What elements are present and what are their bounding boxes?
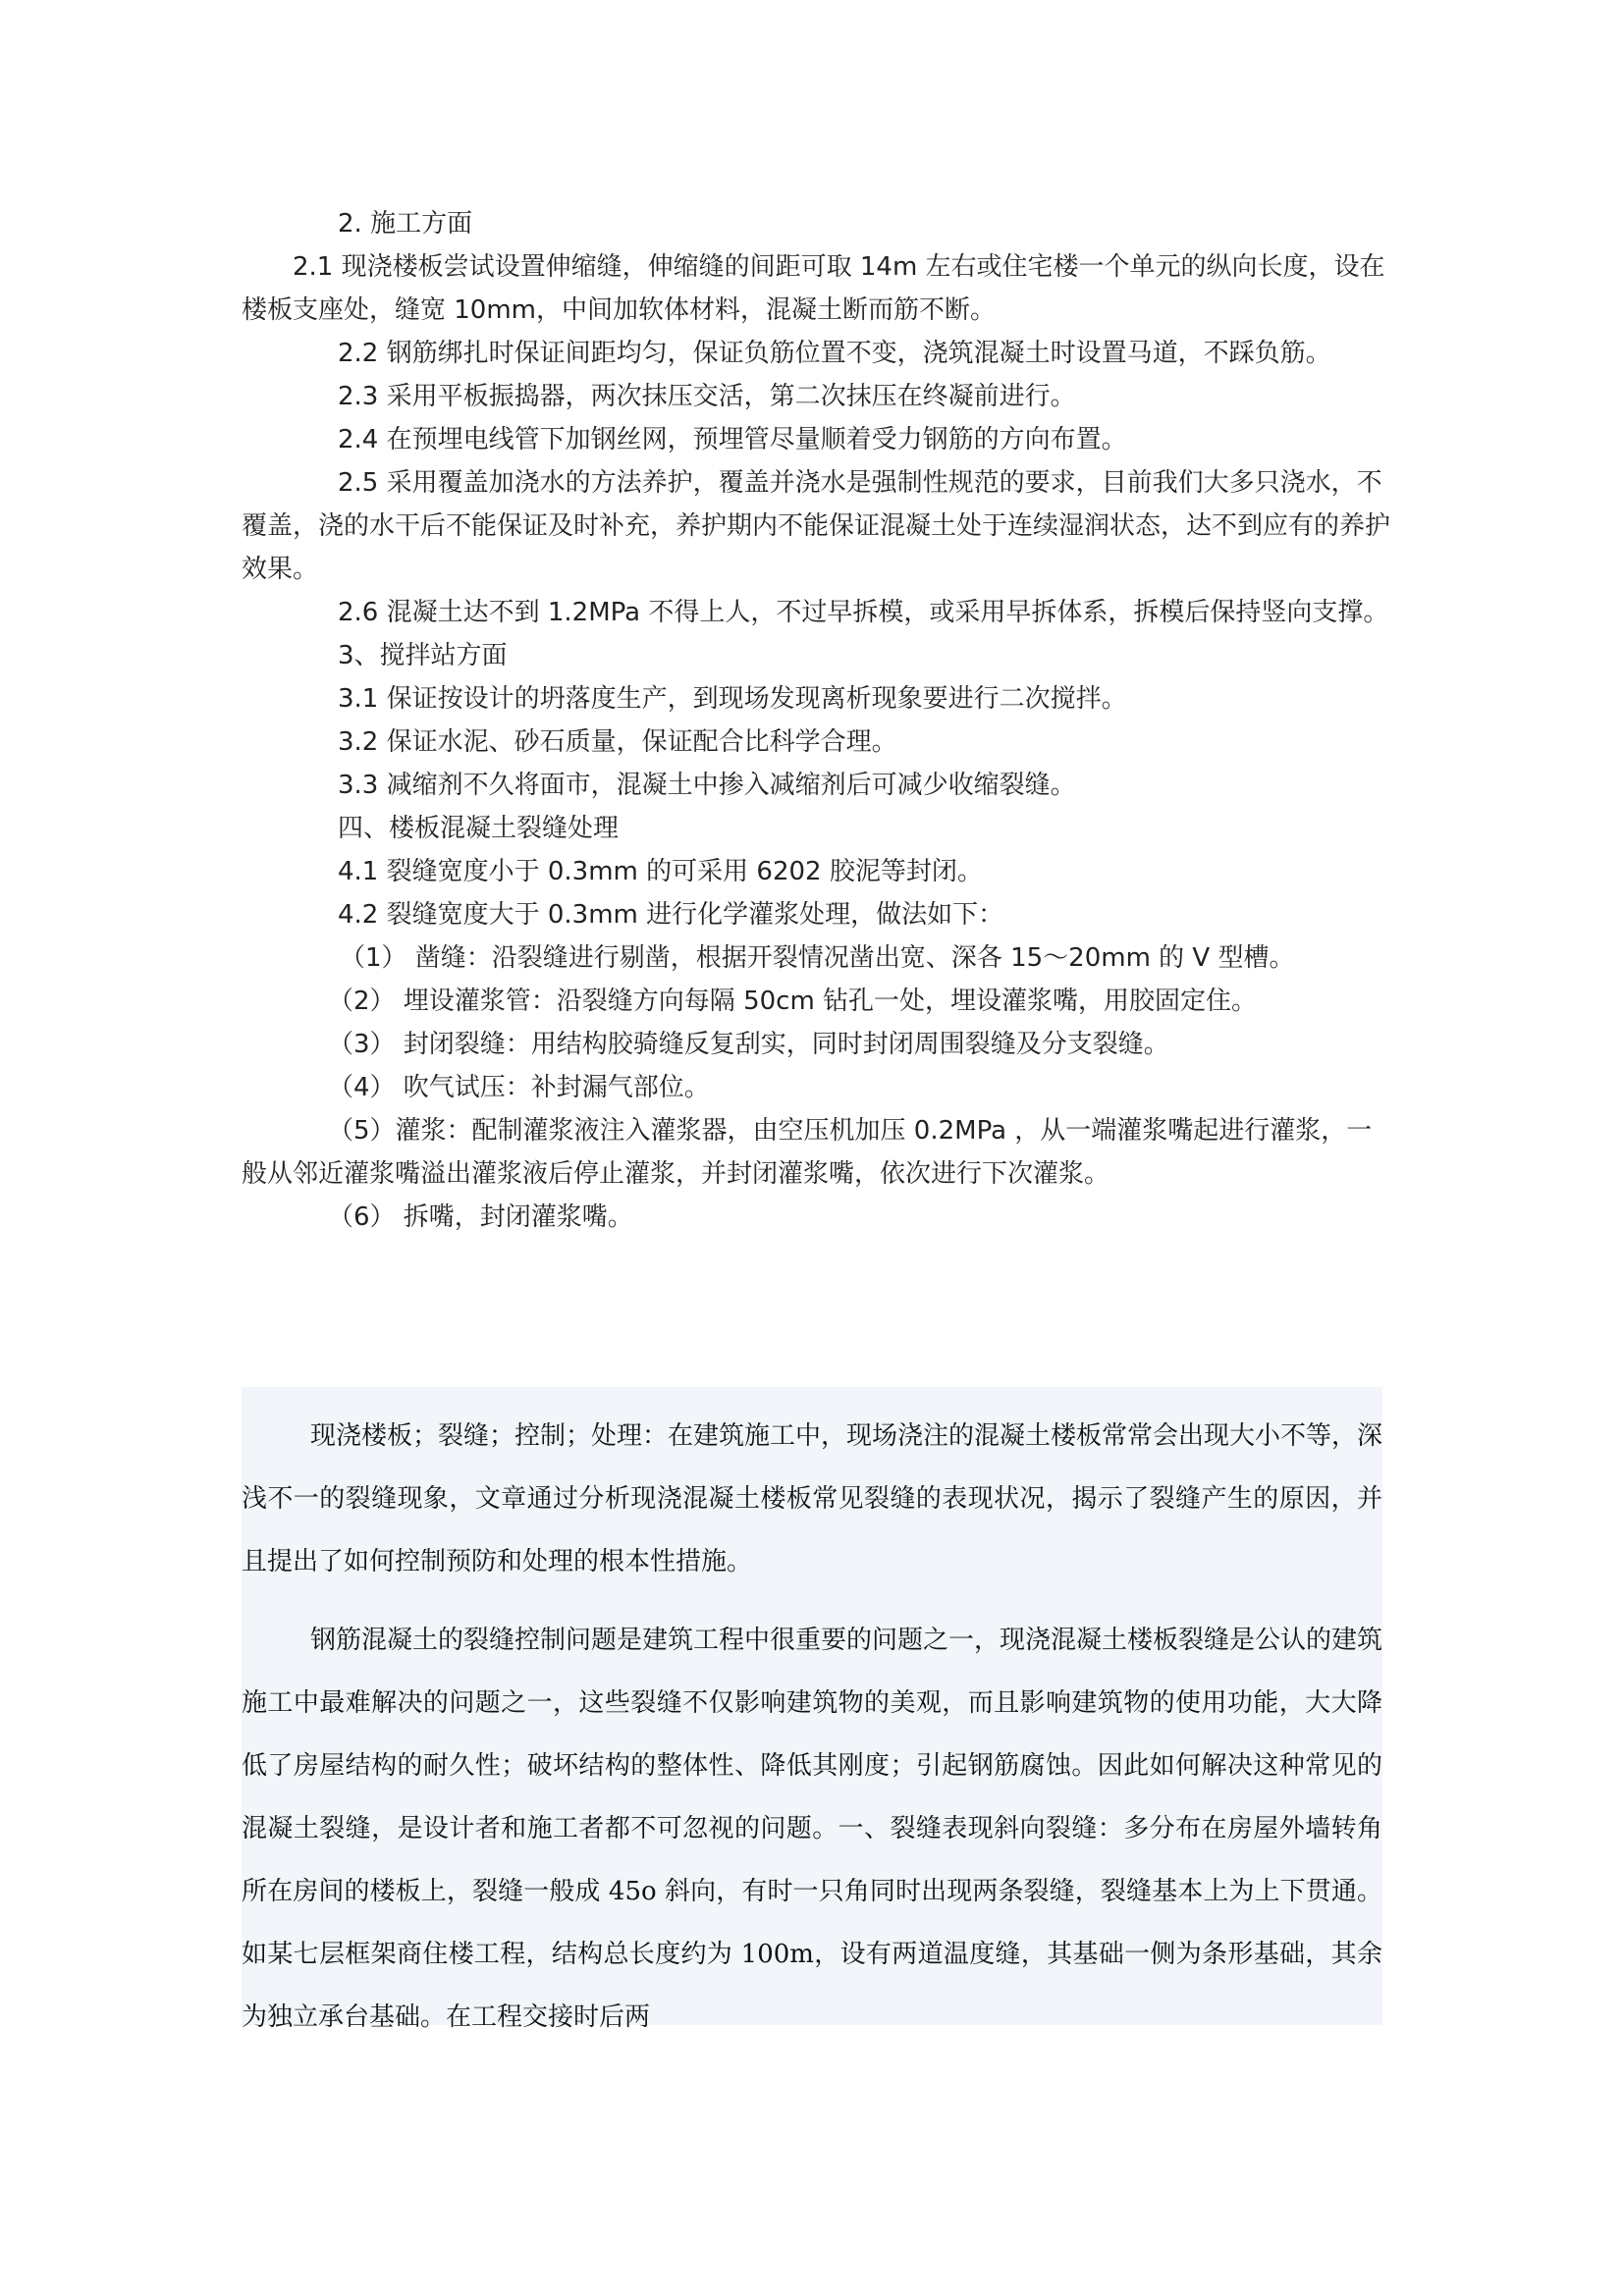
paragraph-3-1: 3.1 保证按设计的坍落度生产，到现场发现离析现象要进行二次搅拌。 bbox=[242, 677, 1390, 721]
paragraph-2-6: 2.6 混凝土达不到 1.2MPa 不得上人，不过早拆模，或采用早拆体系，拆模后… bbox=[242, 591, 1390, 634]
paragraph-2-5: 2.5 采用覆盖加浇水的方法养护，覆盖并浇水是强制性规范的要求，目前我们大多只浇… bbox=[242, 461, 1390, 591]
step-1: （1） 凿缝：沿裂缝进行剔凿，根据开裂情况凿出宽、深各 15～20mm 的 V … bbox=[242, 936, 1390, 980]
paragraph-2-3: 2.3 采用平板振捣器，两次抹压交活，第二次抹压在终凝前进行。 bbox=[242, 375, 1390, 418]
step-4: （4） 吹气试压：补封漏气部位。 bbox=[242, 1066, 1390, 1109]
section-heading-construction: 2. 施工方面 bbox=[242, 202, 1390, 245]
step-6: （6） 拆嘴，封闭灌浆嘴。 bbox=[242, 1196, 1390, 1239]
document-body-top: 2. 施工方面 2.1 现浇楼板尝试设置伸缩缝，伸缩缝的间距可取 14m 左右或… bbox=[242, 202, 1390, 1239]
paragraph-2-1: 2.1 现浇楼板尝试设置伸缩缝，伸缩缝的间距可取 14m 左右或住宅楼一个单元的… bbox=[242, 245, 1390, 332]
paragraph-4-1: 4.1 裂缝宽度小于 0.3mm 的可采用 6202 胶泥等封闭。 bbox=[242, 850, 1390, 893]
paragraph-3-2: 3.2 保证水泥、砂石质量，保证配合比科学合理。 bbox=[242, 721, 1390, 764]
paragraph-4-2: 4.2 裂缝宽度大于 0.3mm 进行化学灌浆处理，做法如下： bbox=[242, 893, 1390, 936]
section-heading-treatment: 四、楼板混凝土裂缝处理 bbox=[242, 807, 1390, 850]
intro-paragraph: 钢筋混凝土的裂缝控制问题是建筑工程中很重要的问题之一，现浇混凝土楼板裂缝是公认的… bbox=[242, 1609, 1382, 2049]
step-5: （5）灌浆：配制灌浆液注入灌浆器，由空压机加压 0.2MPa ，从一端灌浆嘴起进… bbox=[242, 1109, 1390, 1196]
step-3: （3） 封闭裂缝：用结构胶骑缝反复刮实，同时封闭周围裂缝及分支裂缝。 bbox=[242, 1023, 1390, 1066]
summary-box: 现浇楼板；裂缝；控制；处理：在建筑施工中，现场浇注的混凝土楼板常常会出现大小不等… bbox=[242, 1387, 1382, 2025]
paragraph-3-3: 3.3 减缩剂不久将面市，混凝土中掺入减缩剂后可减少收缩裂缝。 bbox=[242, 764, 1390, 807]
paragraph-2-2: 2.2 钢筋绑扎时保证间距均匀，保证负筋位置不变，浇筑混凝土时设置马道，不踩负筋… bbox=[242, 332, 1390, 375]
step-2: （2） 埋设灌浆管：沿裂缝方向每隔 50cm 钻孔一处，埋设灌浆嘴，用胶固定住。 bbox=[242, 980, 1390, 1023]
paragraph-2-4: 2.4 在预埋电线管下加钢丝网，预埋管尽量顺着受力钢筋的方向布置。 bbox=[242, 418, 1390, 461]
section-heading-mixing: 3、搅拌站方面 bbox=[242, 634, 1390, 677]
abstract-paragraph: 现浇楼板；裂缝；控制；处理：在建筑施工中，现场浇注的混凝土楼板常常会出现大小不等… bbox=[242, 1387, 1382, 1593]
